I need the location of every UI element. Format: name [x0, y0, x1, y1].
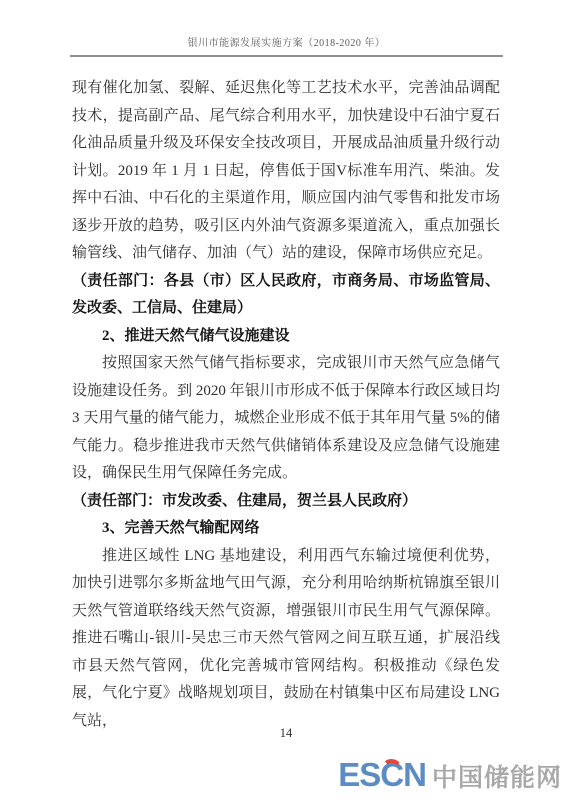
escn-letter-n: N	[403, 758, 426, 791]
escn-logo-text: ESCN	[338, 758, 426, 791]
section-heading-gas-storage: 2、推进天然气储气设施建设	[72, 323, 500, 351]
document-page: 银川市能源发展实施方案（2018-2020 年） 现有催化加氢、裂解、延迟焦化等…	[0, 0, 565, 800]
responsible-departments-gas-storage: （责任部门：市发改委、住建局，贺兰县人民政府）	[72, 488, 500, 516]
escn-letters-es: ES	[338, 758, 380, 791]
running-header-title: 银川市能源发展实施方案（2018-2020 年）	[70, 34, 503, 49]
paragraph-gas-storage: 按照国家天然气储气指标要求，完成银川市天然气应急储气设施建设任务。到 2020 …	[72, 350, 500, 488]
paragraph-oil-quality-upgrade: 现有催化加氢、裂解、延迟焦化等工艺技术水平，完善油品调配技术，提高副产品、尾气综…	[72, 75, 500, 268]
section-heading-gas-network: 3、完善天然气输配网络	[72, 515, 500, 543]
escn-letter-c: C	[380, 758, 403, 791]
page-header: 银川市能源发展实施方案（2018-2020 年）	[70, 34, 503, 57]
paragraph-gas-network: 推进区域性 LNG 基地建设，利用西气东输过境便利优势，加快引进鄂尔多斯盆地气田…	[72, 543, 500, 736]
header-rule	[70, 55, 503, 57]
page-number: 14	[72, 726, 500, 741]
escn-watermark: ESCN 中国储能网	[338, 758, 562, 791]
escn-site-name: 中国储能网	[432, 766, 562, 791]
document-body: 现有催化加氢、裂解、延迟焦化等工艺技术水平，完善油品调配技术，提高副产品、尾气综…	[72, 75, 500, 735]
responsible-departments-oil: （责任部门：各县（市）区人民政府，市商务局、市场监管局、发改委、工信局、住建局）	[72, 268, 500, 323]
